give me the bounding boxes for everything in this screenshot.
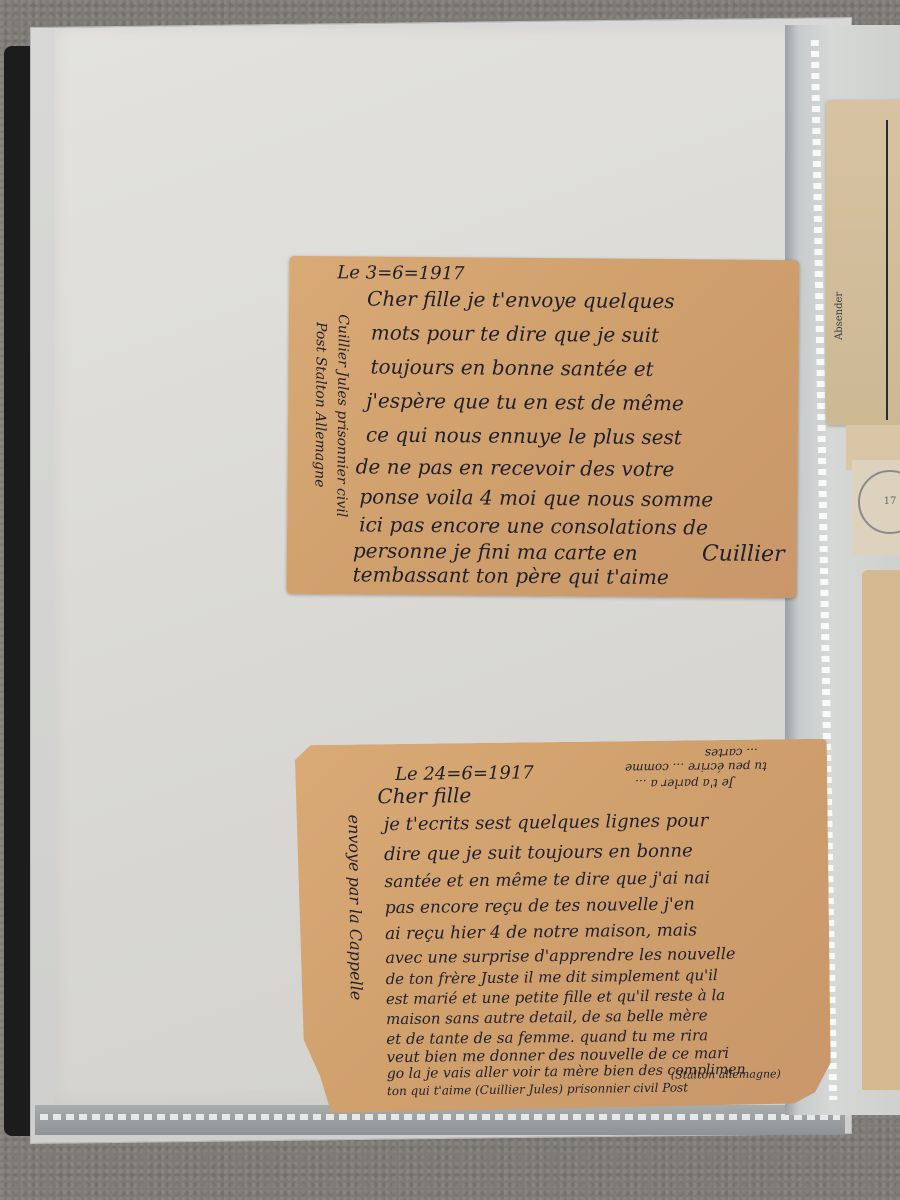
- postcard-upside-note: Je t'a parler a ...: [635, 776, 733, 791]
- postcard-upside-note: ... cartes: [705, 746, 758, 761]
- postcard-signature: Cuillier: [702, 541, 785, 567]
- postcard-line: toujours en bonne santée et: [370, 354, 653, 380]
- postcard-line: ici pas encore une consolations de: [359, 512, 708, 539]
- postcard-top: Le 3=6=1917 Cher fille je t'envoye quelq…: [287, 256, 800, 598]
- stamp-line: [886, 120, 888, 420]
- postcard-line: mots pour te dire que je suit: [371, 320, 660, 347]
- postcard-line: maison sans autre detail, de sa belle mè…: [386, 1006, 708, 1028]
- postcard-line: Cher fille je t'envoye quelques: [367, 286, 675, 313]
- postcard-line: santée et en même te dire que j'ai nai: [384, 868, 710, 892]
- right-page-postcard: Absender: [826, 100, 900, 425]
- postcard-line: Cher fille: [377, 783, 471, 808]
- postcard-line: dire que je suit toujours en bonne: [384, 840, 693, 865]
- sender-label: Absender: [834, 292, 845, 340]
- postcard-line: personne je fini ma carte en: [353, 538, 638, 564]
- postcard-side-text: Post Stalton Allemagne: [311, 322, 328, 487]
- postcard-side-text: envoye par la Cappelle: [345, 814, 366, 1000]
- postcard-line: ton qui t'aime (Cuillier Jules) prisonni…: [387, 1080, 688, 1098]
- postcard-line: de ton frère Juste il me dit simplement …: [386, 966, 718, 988]
- postcard-bottom: Le 24=6=1917 ... cartes tu peu écrire ..…: [295, 739, 831, 1113]
- postcard-side-text: Cuillier Jules prisonnier civil: [333, 314, 351, 517]
- postcard-line: pas encore reçu de tes nouvelle j'en: [385, 894, 695, 918]
- postcard-line: ai reçu hier 4 de notre maison, mais: [385, 920, 697, 944]
- sleeve-perforations: [40, 1114, 840, 1120]
- postcard-line: tembassant ton père qui t'aime: [353, 562, 669, 589]
- postmark-icon: 17: [858, 470, 900, 534]
- right-page-card-postmark: 17: [852, 460, 900, 555]
- postcard-line: avec une surprise d'apprendre les nouvel…: [385, 944, 735, 967]
- postcard-line: ponse voila 4 moi que nous somme: [359, 484, 713, 511]
- postcard-upside-note: tu peu écrire ... comme: [625, 759, 767, 775]
- postcard-line: est marié et une petite fille et qu'il r…: [386, 986, 726, 1008]
- postcard-date: Le 24=6=1917: [395, 762, 534, 785]
- postcard-line: ce qui nous ennuye le plus sest: [366, 422, 682, 449]
- postcard-line: j'espère que tu en est de même: [366, 388, 684, 415]
- right-page-card-lower: [862, 570, 900, 1090]
- postcard-date: Le 3=6=1917: [337, 262, 464, 284]
- postcard-line: de ne pas en recevoir des votre: [356, 454, 675, 481]
- postcard-line: (Stalton allemagne): [671, 1067, 781, 1081]
- postcard-line: je t'ecrits sest quelques lignes pour: [384, 810, 709, 835]
